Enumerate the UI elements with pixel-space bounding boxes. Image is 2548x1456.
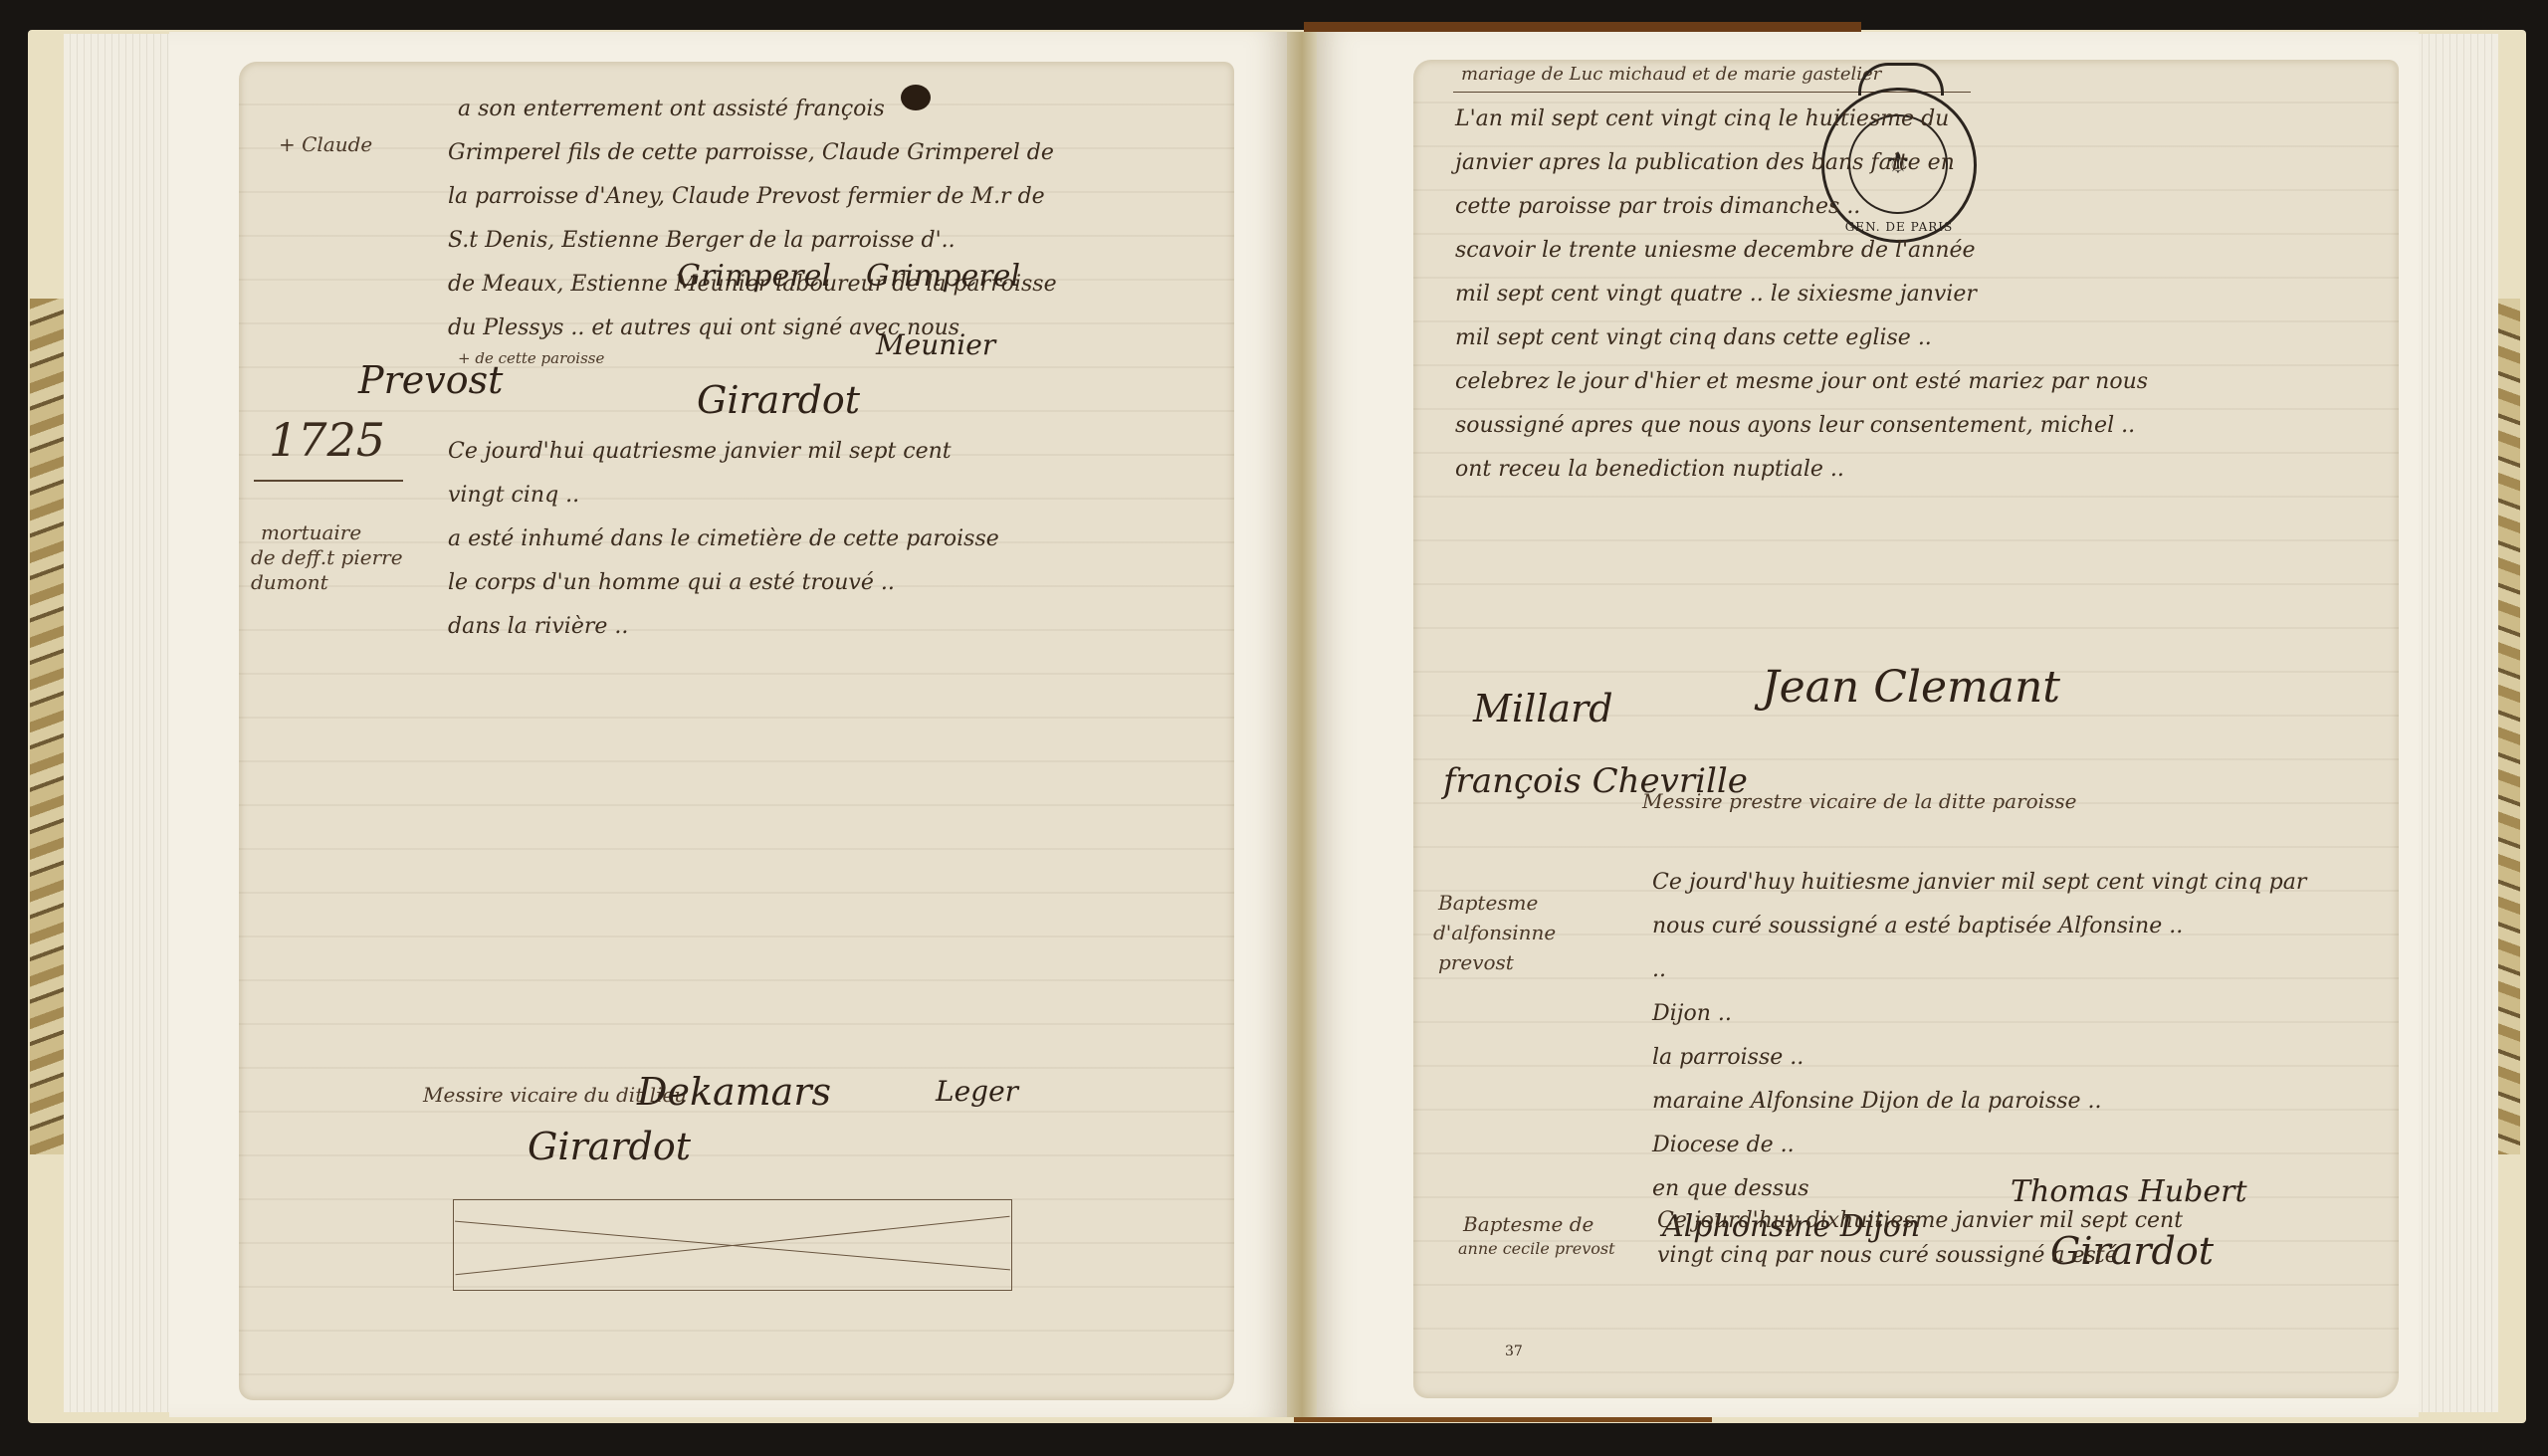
margin-entry-3: dumont	[251, 567, 328, 597]
signature: Leger	[936, 1075, 1018, 1108]
text-line: mil sept cent vingt quatre .. le sixiesm…	[1455, 273, 1977, 316]
crossed-out-block	[453, 1199, 1012, 1291]
signature: Girardot	[697, 378, 860, 422]
signature: Girardot	[528, 1125, 691, 1168]
text-line: ont receu la benediction nuptiale ..	[1455, 448, 1844, 492]
text-line: ..	[1652, 948, 1666, 992]
text-line: vingt cinq par nous curé soussigné a est…	[1657, 1234, 2118, 1278]
signature: Prevost	[358, 358, 503, 402]
signature: Millard	[1473, 687, 1613, 730]
margin-note-claude: + Claude	[279, 129, 372, 159]
signature: Meunier	[876, 328, 995, 361]
text-line: a son enterrement ont assisté françois	[458, 88, 885, 131]
folio-number: 37	[1505, 1344, 1523, 1359]
text-line: le corps d'un homme qui a esté trouvé ..	[448, 561, 895, 605]
text-line: Grimperel fils de cette parroisse, Claud…	[448, 131, 1054, 175]
text-line: nous curé soussigné a esté baptisée Alfo…	[1652, 905, 2183, 948]
page-stack-right	[2409, 34, 2498, 1412]
margin-baptism-2: d'alfonsinne	[1433, 918, 1556, 947]
text-line: Ce jourd'huy huitiesme janvier mil sept …	[1652, 861, 2306, 905]
signature: Grimperel	[677, 259, 831, 294]
text-line: Dijon ..	[1652, 992, 1732, 1036]
text-line: mil sept cent vingt cinq dans cette egli…	[1455, 316, 1932, 360]
ink-blot	[901, 85, 931, 110]
signature: Dekamars	[637, 1070, 831, 1114]
text-line: vingt cinq ..	[448, 474, 579, 518]
text-line: dans la rivière ..	[448, 605, 628, 649]
text-line: la parroisse d'Aney, Claude Prevost ferm…	[448, 175, 1045, 219]
text-line: L'an mil sept cent vingt cinq le huities…	[1455, 98, 1949, 141]
text-line: la parroisse ..	[1652, 1036, 1804, 1080]
annotation: Messire prestre vicaire de la ditte paro…	[1642, 786, 2076, 816]
signature: Grimperel	[866, 259, 1020, 294]
book-gutter	[1287, 32, 1317, 1417]
text-line: cette paroisse par trois dimanches ..	[1455, 185, 1860, 229]
margin-baptism-3: prevost	[1438, 947, 1514, 977]
text-line: soussigné apres que nous ayons leur cons…	[1455, 404, 2135, 448]
crown-icon	[1858, 63, 1944, 96]
text-line: maraine Alfonsine Dijon de la paroisse .…	[1652, 1080, 2102, 1124]
text-line: janvier apres la publication des bans fa…	[1455, 141, 1955, 185]
signature: Jean Clemant	[1762, 662, 2060, 713]
text-line: celebrez le jour d'hier et mesme jour on…	[1455, 360, 2148, 404]
margin-baptism-b2: anne cecile prevost	[1458, 1234, 1615, 1264]
text-line: scavoir le trente uniesme decembre de l'…	[1455, 229, 1976, 273]
text-line: Ce jourd'hui quatriesme janvier mil sept…	[448, 430, 952, 474]
text-line: S.t Denis, Estienne Berger de la parrois…	[448, 219, 955, 263]
text-line: a esté inhumé dans le cimetière de cette…	[448, 518, 999, 561]
page-stack-left	[64, 34, 173, 1412]
margin-year: 1725	[269, 413, 385, 467]
entry-header: mariage de Luc michaud et de marie gaste…	[1461, 60, 1881, 90]
margin-rule	[254, 480, 403, 482]
text-line: Diocese de ..	[1652, 1124, 1795, 1167]
margin-baptism-1: Baptesme	[1438, 888, 1538, 918]
